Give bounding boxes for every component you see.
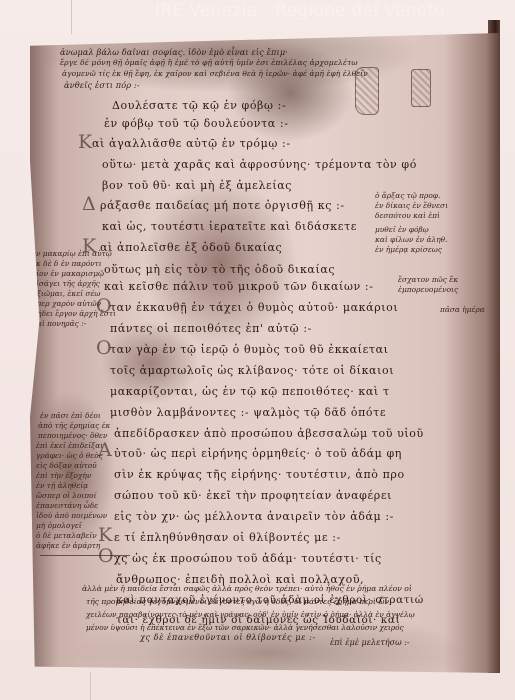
margin-note: ἐν ἡμέρᾳ κρίσεως: [375, 245, 442, 254]
margin-note: δεσπότου καὶ ἐπὶ: [375, 211, 440, 220]
mount-crease-vertical: [71, 0, 72, 34]
initial-letter: Δ: [82, 193, 96, 215]
margin-note: εἰς δόξαν αὐτοῦ: [36, 461, 97, 470]
margin-note: ἐν τῇ ἀληθείᾳ: [36, 481, 88, 490]
margin-note: ὅπερ χαρὸν αὐτῶν: [32, 299, 101, 308]
margin-note: εἰσάγει τῆς ἀρχῆς: [32, 279, 100, 288]
text-line: βον τοῦ θῦ· καὶ μὴ ἐξ ἀμελείας: [102, 179, 292, 192]
header-line: ἀνθεῖς ἐστι πόρ :-: [64, 80, 140, 90]
text-line: τοῖς ἁμαρτωλοῖς ὡς κλίβανος· τότε οἱ δίκ…: [110, 364, 394, 377]
text-line: πάντες οἱ πεποιθότες ἐπ' αὐτῷ :-: [110, 322, 312, 335]
text-line: σὶν ἐκ κρύψας τῆς εἰρήνης· τουτέστιν, ἀπ…: [114, 468, 405, 481]
header-line: ἀνωμαλ βάλω δαῖναι σοφίας. ἰδὸν ἐμὸ εἶνα…: [60, 47, 288, 57]
margin-note: γράφει· ὡς ὁ θεὸς: [36, 451, 103, 460]
margin-note: ἐν δίκαις ἐν ἔθνεσι: [375, 201, 448, 210]
text-line: οὕτως μὴ εἰς τὸν τὸ τῆς ὁδοῦ δικαίας: [104, 263, 335, 276]
text-line: μισθὸν λαμβάνοντες :- ψαλμὸς τῷ δᾶδ ὁπότ…: [110, 406, 386, 419]
margin-note: ἐν πᾶσι ἐπὶ δέοι: [40, 411, 101, 420]
margin-note: βίον ἐν μακαρισμῷ: [32, 269, 104, 278]
margin-note: ἀφῆκε ἐν ἀμάρτη: [36, 541, 100, 550]
text-line: ε τί ἐπληθύνθησαν οἱ θλίβοντές με :-: [114, 531, 341, 544]
margin-note: ἰδοὺ ἀπὸ ποιμένων: [36, 511, 107, 520]
margin-rule: [40, 555, 130, 556]
margin-note: ἐμπορευομένοις: [398, 285, 458, 294]
header-line: ἀγομενῶ τίς ἐκ θῇ ἔφη, ἐκ χαῖρον καὶ σεβ…: [62, 69, 368, 78]
margin-note: καὶ πονηρᾶς :-: [32, 319, 86, 328]
text-line: αὶ ἀπολεῖσθε ἐξ ὁδοῦ δικαίας: [100, 241, 282, 254]
margin-note: μυθεῖ ἐν φόβῳ: [375, 225, 429, 234]
margin-note: ὁ δὲ μεταλαβεῖν: [36, 531, 97, 540]
margin-note: φήδει ἔργον ἀρχὴ ἔστι: [32, 309, 116, 318]
margin-note: ἐκ δὲ δ ἐν παρόντι: [32, 259, 102, 268]
watermark: IRE Venezia - Regione del Veneto: [155, 0, 465, 22]
margin-note: ἐπανεστάνη ὧδε: [36, 501, 98, 510]
footer-line: ἐπὶ ἐμὲ μελετήσω :-: [330, 638, 410, 647]
margin-note: καὶ φίλων ἐν ἀληθ.: [375, 235, 447, 244]
initial-letter: Κ: [78, 131, 92, 153]
text-line: οὕτω· μετὰ χαρᾶς καὶ ἀφροσύνης· τρέμοντα…: [102, 158, 417, 171]
footer-line: τῆς προμηθείας γεγυμνασμένοι λέγοντες ἐγ…: [86, 597, 391, 606]
margin-note: πεποιημένος· ὅθεν: [38, 431, 107, 440]
margin-note: ὁ ἄρξας τῷ προφ.: [375, 191, 440, 200]
text-line: ὐτοῦ· ὡς περὶ εἰρήνης ὁρμηθείς· ὁ τοῦ ἀδ…: [114, 447, 402, 460]
margin-note: ἐπὶ τὴν ἐξοχὴν: [36, 471, 91, 480]
text-line: μακαρίζονται, ὡς ἐν τῷ κῷ πεποιθότες· κα…: [110, 385, 390, 398]
text-line: χς δὲ ἐπανεθοῦνται οἱ θλίβοντές με :-: [140, 633, 316, 642]
text-line: εἰς τὸν χν· ὡς μέλλοντα ἀναιρεῖν τὸν ἀδά…: [114, 510, 394, 523]
text-line: καὶ κεῖσθε πάλιν τοῦ μικροῦ τῶν δικαίων …: [104, 280, 374, 293]
text-line: καὶ ὡς, τουτέστι ἱερατεῖτε καὶ διδάσκετε: [102, 220, 357, 233]
text-line: ταν ἐκκαυθῇ ἐν τάχει ὁ θυμὸς αὐτοῦ· μακά…: [110, 301, 398, 314]
margin-note: ἀπὸ τῆς ἐρημίας ἐκ: [38, 421, 110, 430]
text-line: Δουλέσατε τῷ κῷ ἐν φόβῳ :-: [112, 99, 286, 112]
text-line: ἀπεδίδρασκεν ἀπὸ προσώπου ἀβεσσαλώμ τοῦ …: [114, 427, 424, 440]
initial-letter: Ο: [98, 545, 114, 567]
margin-note: μὴ ὁμολογεῖ: [36, 521, 82, 530]
text-line: ταν γὰρ ἐν τῷ ἱερῷ ὁ θυμὸς τοῦ θῦ ἐκκαίε…: [110, 343, 389, 356]
margin-note: ὥσπερ οἱ λοιποί: [36, 491, 97, 500]
text-line: ἐν φόβῳ τοῦ τῷ δουλεύοντα :-: [104, 117, 289, 130]
mount-crease-bottom: [90, 672, 91, 700]
margin-note: ἐπὶ ἐκεῖ ἐπιδεῖξαι: [36, 441, 103, 450]
margin-note: πᾶσα ἡμέρα: [440, 305, 485, 314]
text-line: αὶ ἀγαλλιᾶσθε αὐτῷ ἐν τρόμῳ :-: [92, 137, 291, 150]
margin-note: ἐν μακαρίῳ ἐπί αὐτῷ: [32, 249, 112, 258]
text-line: ράξασθε παιδείας μή ποτε ὀργισθῇ κς :-: [100, 199, 345, 212]
header-line: ἔργε δέ μόνη θῇ ὁμαῖς ἀφῇ ἢ ἐμέ τὸ φῇ αὐ…: [60, 58, 358, 67]
footer-line: ἀλλὰ μὲν ἡ παιδεία ἔσται σαφῶς ἀλλὰ πρὸς…: [82, 584, 412, 593]
footer-line: χειλέων παραβαίνοντες τὸ μὲν καὶ γράψας·…: [86, 610, 415, 619]
text-line: σώπου τοῦ κῦ· ἐκεῖ τὴν προφητείαν ἀναφέρ…: [114, 489, 392, 502]
marginal-figure-right: [411, 69, 431, 107]
manuscript-page: ἀνωμαλ βάλω δαῖναι σοφίας. ἰδὸν ἐμὸ εἶνα…: [30, 33, 500, 673]
marginal-figure-left: [355, 67, 379, 115]
margin-note: ἔσχατον πῶς ἔκ: [398, 275, 458, 284]
text-line: χς ὡς ἐκ προσώπου τοῦ ἀδάμ· τουτέστι· τί…: [114, 552, 382, 565]
margin-note: ἀξιῶμαι, ἐκεῖ σέω: [32, 289, 100, 298]
footer-line: μένον ὑψοῦσι ἡ ἐπέκτεινα ἐν ἔξω τῶν σαρκ…: [86, 623, 404, 632]
